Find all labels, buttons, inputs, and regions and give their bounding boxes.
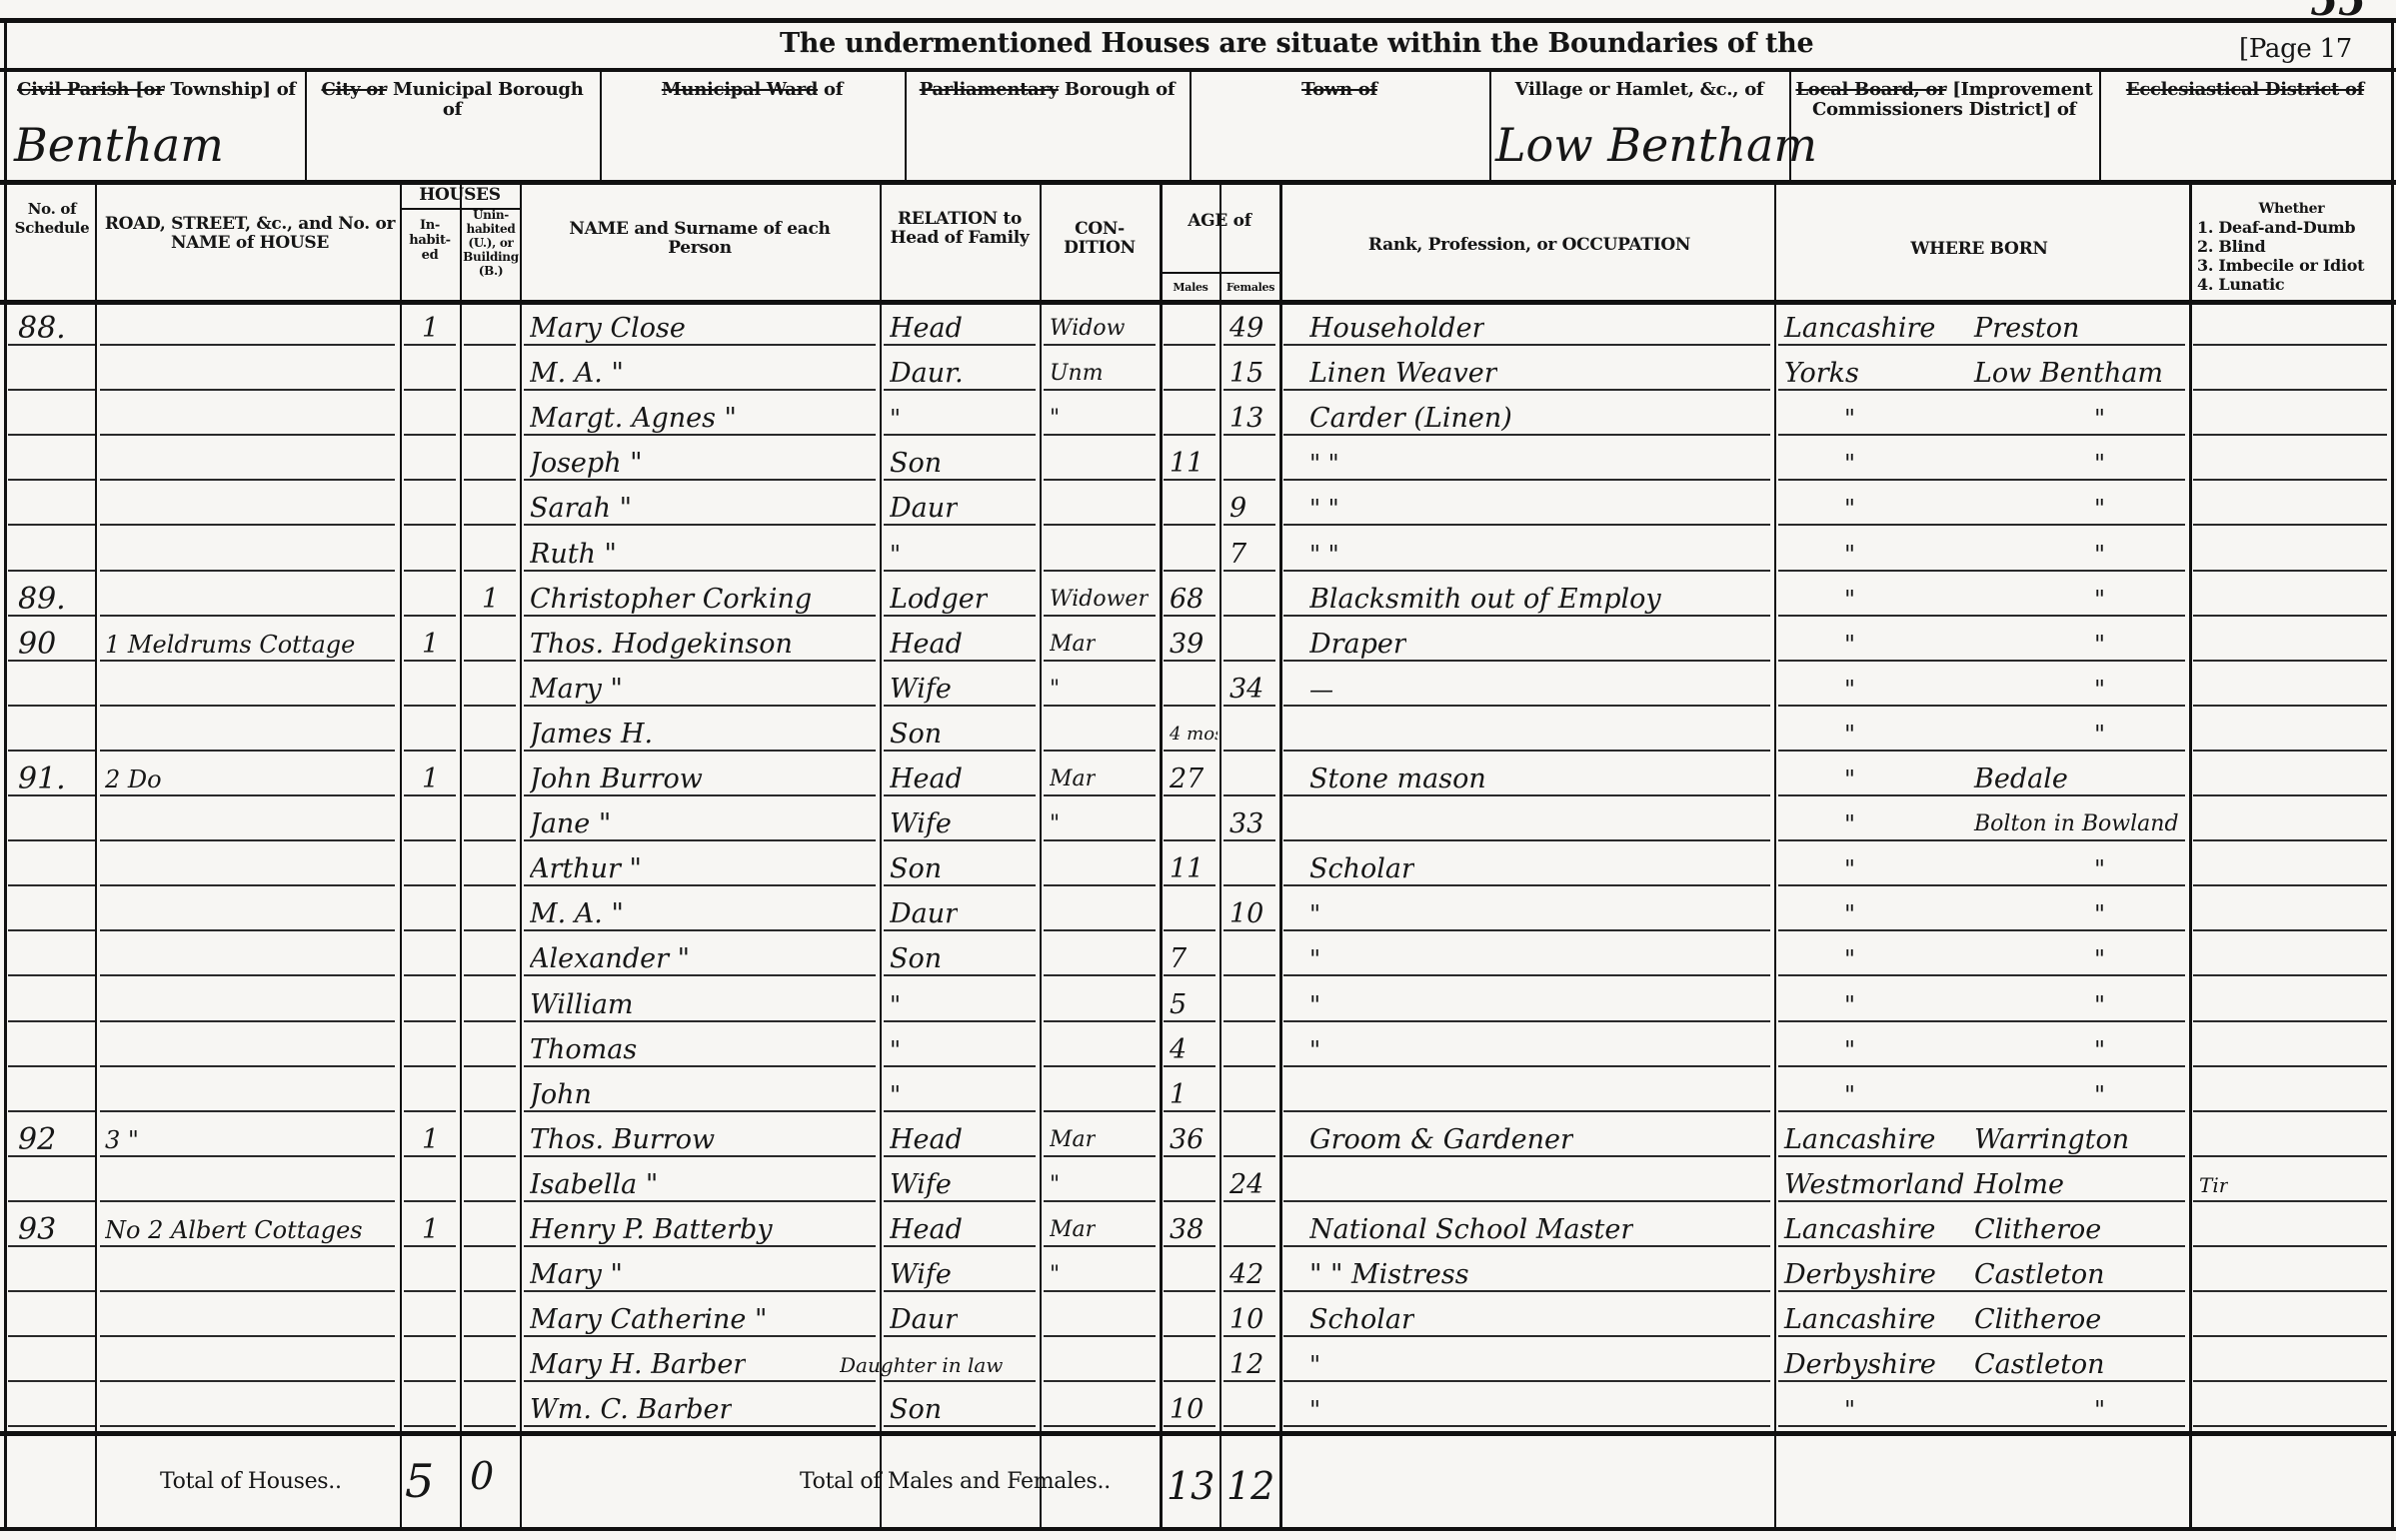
row-rule [1044, 974, 1156, 976]
table-row: John"1"" [0, 1071, 2396, 1116]
row-rule [1283, 434, 1770, 436]
row-rule [1283, 839, 1770, 841]
district-label-struck: Civil Parish [or [17, 79, 164, 100]
row-rule [8, 1155, 95, 1157]
cell-relation: Head [890, 314, 963, 344]
cell-born-place: Holme [1974, 1170, 2064, 1200]
row-rule [100, 389, 395, 391]
row-rule [2193, 929, 2387, 931]
cell-name: John Burrow [530, 765, 703, 794]
row-rule [1044, 1380, 1156, 1382]
cell-condition: Mar [1050, 765, 1096, 794]
row-rule [524, 705, 876, 707]
row-rule [1164, 794, 1215, 796]
cell-road: No 2 Albert Cottages [105, 1215, 363, 1245]
row-rule [1044, 344, 1156, 346]
cell-road: 2 Do [105, 765, 162, 794]
row-rule [1778, 794, 2185, 796]
cell-male: 5 [1170, 990, 1187, 1020]
whether-item: 3. Imbecile or Idiot [2197, 256, 2392, 275]
cell-condition: " [1050, 404, 1060, 434]
row-rule [404, 660, 456, 662]
table-row: 88.1Mary CloseHeadWidow49HouseholderLanc… [0, 305, 2396, 350]
cell-born-place: " [2094, 494, 2105, 524]
row-rule [1044, 1110, 1156, 1112]
cell-occupation: Linen Weaver [1309, 359, 1497, 389]
table-row: Arthur "Son11Scholar"" [0, 845, 2396, 890]
row-rule [100, 660, 395, 662]
cell-condition: Widower [1050, 585, 1149, 615]
district-label-text: Borough of [1065, 79, 1176, 100]
row-rule [1164, 1245, 1215, 1247]
cell-male: 10 [1170, 1395, 1203, 1425]
row-rule [524, 839, 876, 841]
cell-relation: Wife [890, 1170, 952, 1200]
row-rule [1164, 1290, 1215, 1292]
row-rule [464, 750, 516, 752]
district-label-struck: Ecclesiastical District of [2126, 79, 2364, 100]
row-rule [884, 479, 1036, 481]
cell-condition: " [1050, 809, 1060, 839]
row-rule [464, 615, 516, 617]
cell-whether: Tir [2199, 1170, 2228, 1200]
row-rule [404, 389, 456, 391]
cell-name: John [530, 1080, 592, 1110]
cell-born-place: " [2094, 944, 2105, 974]
cell-inhabited: 1 [422, 1125, 439, 1155]
row-rule [8, 1200, 95, 1202]
row-rule [1223, 1290, 1275, 1292]
cell-occupation: " " [1309, 449, 1339, 479]
cell-female: 33 [1229, 809, 1263, 839]
row-rule [2193, 524, 2387, 526]
row-rule [100, 705, 395, 707]
row-rule [464, 389, 516, 391]
cell-name: Alexander " [530, 944, 690, 974]
row-rule [404, 1020, 456, 1022]
district-label-struck: City or [321, 79, 387, 100]
row-rule [464, 1200, 516, 1202]
row-rule [1223, 615, 1275, 617]
row-rule [464, 1335, 516, 1337]
row-rule [524, 389, 876, 391]
row-rule [8, 1110, 95, 1112]
row-rule [464, 794, 516, 796]
total-uninhabited-value: 0 [470, 1454, 494, 1498]
row-rule [8, 705, 95, 707]
row-rule [1044, 839, 1156, 841]
row-rule [1044, 570, 1156, 572]
cell-name: Christopher Corking [530, 585, 812, 615]
district-label: Parliamentary Borough of [909, 80, 1186, 100]
row-rule [1223, 1200, 1275, 1202]
district-label: City or Municipal Borough of [309, 80, 596, 120]
table-row: Sarah "Daur9" """ [0, 485, 2396, 530]
cell-schedule: 91. [18, 765, 66, 794]
cell-name: Arthur " [530, 854, 642, 884]
table-row: Mary "Wife"42" " MistressDerbyshireCastl… [0, 1251, 2396, 1296]
cell-name: James H. [530, 720, 653, 750]
row-rule [1223, 570, 1275, 572]
row-rule [1164, 524, 1215, 526]
district-divider [2099, 70, 2101, 182]
row-rule [884, 1155, 1036, 1157]
cell-schedule: 89. [18, 585, 66, 615]
cell-born-county: " [1844, 765, 1855, 794]
cell-name: Mary H. Barber [530, 1350, 746, 1380]
row-rule [1044, 389, 1156, 391]
row-rule [1223, 1065, 1275, 1067]
cell-condition: Mar [1050, 1215, 1096, 1245]
row-rule [2193, 884, 2387, 886]
row-rule [1164, 1335, 1215, 1337]
row-rule [1164, 660, 1215, 662]
col-where-born: WHERE BORN [1779, 240, 2179, 259]
row-rule [1778, 434, 2185, 436]
cell-relation: " [890, 1035, 901, 1065]
row-rule [2193, 479, 2387, 481]
cell-name: M. A. " [530, 899, 624, 929]
cell-born-place: " [2094, 720, 2105, 750]
row-rule [100, 1200, 395, 1202]
col-relation: RELATION to Head of Family [890, 210, 1030, 248]
row-rule [524, 1200, 876, 1202]
cell-born-county: Lancashire [1784, 1305, 1935, 1335]
cell-born-county: " [1844, 449, 1855, 479]
row-rule [524, 750, 876, 752]
row-rule [404, 794, 456, 796]
table-row: Jane "Wife"33"Bolton in Bowland [0, 800, 2396, 845]
table-row: 89.1Christopher CorkingLodgerWidower68Bl… [0, 576, 2396, 621]
cell-occupation: " [1309, 899, 1320, 929]
row-rule [1044, 705, 1156, 707]
row-rule [1283, 389, 1770, 391]
row-rule [524, 884, 876, 886]
row-rule [464, 974, 516, 976]
cell-relation: Son [890, 449, 942, 479]
col-males: Males [1162, 278, 1219, 297]
row-rule [2193, 615, 2387, 617]
row-rule [2193, 570, 2387, 572]
row-rule [1223, 1110, 1275, 1112]
row-rule [464, 344, 516, 346]
row-rule [404, 615, 456, 617]
cell-born-county: Derbyshire [1784, 1260, 1936, 1290]
cell-occupation: Stone mason [1309, 765, 1486, 794]
cell-born-county: Yorks [1784, 359, 1859, 389]
row-rule [1164, 1200, 1215, 1202]
cell-male: 11 [1170, 854, 1203, 884]
row-rule [8, 1020, 95, 1022]
cell-schedule: 88. [18, 314, 66, 344]
row-rule [884, 1110, 1036, 1112]
cell-occupation: National School Master [1309, 1215, 1633, 1245]
cell-born-county: " [1844, 899, 1855, 929]
cell-condition: " [1050, 675, 1060, 705]
cell-name: Mary Close [530, 314, 686, 344]
page-number: [Page 17 [2239, 34, 2352, 64]
district-value: Bentham [14, 118, 224, 172]
district-divider [600, 70, 602, 182]
district-label-text: Village or Hamlet, &c., of [1515, 79, 1764, 100]
row-rule [464, 929, 516, 931]
cell-occupation: " [1309, 990, 1320, 1020]
cell-born-place: Bolton in Bowland [1974, 809, 2179, 839]
bottom-rule [0, 1527, 2396, 1531]
row-rule [8, 1380, 95, 1382]
cell-road: 3 " [105, 1125, 139, 1155]
cell-female: 15 [1229, 359, 1263, 389]
cell-occupation: Carder (Linen) [1309, 404, 1512, 434]
cell-relation: Head [890, 1215, 963, 1245]
row-rule [404, 839, 456, 841]
cell-schedule: 93 [18, 1215, 56, 1245]
row-rule [2193, 389, 2387, 391]
cell-relation: Head [890, 630, 963, 660]
row-rule [2193, 344, 2387, 346]
row-rule [1283, 479, 1770, 481]
cell-occupation: " " Mistress [1309, 1260, 1469, 1290]
col-occupation: Rank, Profession, or OCCUPATION [1289, 236, 1769, 255]
row-rule [1778, 884, 2185, 886]
cell-relation: Son [890, 854, 942, 884]
row-rule [8, 884, 95, 886]
cell-name: Sarah " [530, 494, 632, 524]
cell-born-county: Lancashire [1784, 1125, 1935, 1155]
cell-relation: " [890, 1080, 901, 1110]
cell-condition: " [1050, 1170, 1060, 1200]
row-rule [2193, 1020, 2387, 1022]
cell-occupation: Scholar [1309, 1305, 1414, 1335]
cell-male: 68 [1170, 585, 1203, 615]
row-rule [1778, 929, 2185, 931]
row-rule [1164, 839, 1215, 841]
row-rule [464, 479, 516, 481]
cell-occupation: " [1309, 1395, 1320, 1425]
row-rule [1778, 479, 2185, 481]
row-rule [2193, 1110, 2387, 1112]
cell-relation: Wife [890, 675, 952, 705]
row-rule [1778, 1200, 2185, 1202]
row-rule [1778, 1245, 2185, 1247]
row-rule [1044, 660, 1156, 662]
cell-born-place: " [2094, 404, 2105, 434]
cell-born-place: " [2094, 1080, 2105, 1110]
row-rule [1283, 974, 1770, 976]
row-rule [404, 344, 456, 346]
cell-born-county: " [1844, 585, 1855, 615]
row-rule [524, 1110, 876, 1112]
row-rule [100, 1065, 395, 1067]
cell-condition: " [1050, 1260, 1060, 1290]
cell-male: 1 [1170, 1080, 1187, 1110]
cell-relation: Daur. [890, 359, 964, 389]
row-rule [8, 750, 95, 752]
row-rule [2193, 705, 2387, 707]
row-rule [100, 434, 395, 436]
row-rule [1044, 1290, 1156, 1292]
row-rule [524, 524, 876, 526]
row-rule [1283, 705, 1770, 707]
row-rule [524, 1245, 876, 1247]
col-road: ROAD, STREET, &c., and No. or NAME of HO… [100, 215, 400, 253]
cell-name: Mary Catherine " [530, 1305, 767, 1335]
row-rule [1044, 750, 1156, 752]
whether-item: 1. Deaf-and-Dumb [2197, 218, 2392, 237]
row-rule [464, 1110, 516, 1112]
cell-relation: Head [890, 1125, 963, 1155]
cell-male: 38 [1170, 1215, 1203, 1245]
row-rule [2193, 1200, 2387, 1202]
table-row: 91.2 Do1John BurrowHeadMar27Stone mason"… [0, 756, 2396, 800]
row-rule [100, 750, 395, 752]
row-rule [404, 479, 456, 481]
row-rule [884, 570, 1036, 572]
row-rule [1164, 1425, 1215, 1427]
row-rule [8, 839, 95, 841]
cell-relation: Daur [890, 899, 958, 929]
row-rule [1283, 1245, 1770, 1247]
cell-relation: Lodger [890, 585, 988, 615]
row-rule [1283, 660, 1770, 662]
row-rule [100, 570, 395, 572]
row-rule [524, 570, 876, 572]
row-rule [1223, 1380, 1275, 1382]
row-rule [1044, 1425, 1156, 1427]
row-rule [2193, 1335, 2387, 1337]
cell-condition: Widow [1050, 314, 1125, 344]
row-rule [464, 434, 516, 436]
row-rule [100, 1155, 395, 1157]
table-row: Mary H. BarberDaughter in law12"Derbyshi… [0, 1341, 2396, 1386]
cell-born-place: Warrington [1974, 1125, 2129, 1155]
row-rule [1778, 1425, 2185, 1427]
cell-occupation: Groom & Gardener [1309, 1125, 1573, 1155]
cell-name: Margt. Agnes " [530, 404, 737, 434]
row-rule [524, 1020, 876, 1022]
row-rule [884, 660, 1036, 662]
row-rule [884, 615, 1036, 617]
row-rule [1223, 660, 1275, 662]
row-rule [1044, 524, 1156, 526]
cell-female: 42 [1229, 1260, 1263, 1290]
row-rule [1223, 389, 1275, 391]
row-rule [1778, 615, 2185, 617]
district-divider [305, 70, 307, 182]
row-rule [1044, 1065, 1156, 1067]
row-rule [2193, 1065, 2387, 1067]
cell-inhabited: 1 [422, 630, 439, 660]
cell-male: 27 [1170, 765, 1203, 794]
cell-relation: Son [890, 720, 942, 750]
row-rule [884, 974, 1036, 976]
col-females: Females [1221, 278, 1279, 297]
cell-born-place: Low Bentham [1974, 359, 2163, 389]
district-divider [905, 70, 907, 182]
row-rule [1044, 794, 1156, 796]
row-rule [884, 1020, 1036, 1022]
row-rule [100, 1110, 395, 1112]
row-rule [1283, 1290, 1770, 1292]
row-rule [1164, 884, 1215, 886]
row-rule [100, 1380, 395, 1382]
cell-female: 10 [1229, 899, 1263, 929]
table-row: 901 Meldrums Cottage1Thos. HodgekinsonHe… [0, 621, 2396, 666]
row-rule [1283, 524, 1770, 526]
col-whether-title: Whether [2194, 200, 2389, 219]
cell-relation: " [890, 404, 901, 434]
district-label-struck: Parliamentary [920, 79, 1059, 100]
row-rule [1164, 705, 1215, 707]
row-rule [404, 570, 456, 572]
cell-female: 12 [1229, 1350, 1263, 1380]
cell-born-place: " [2094, 585, 2105, 615]
row-rule [884, 750, 1036, 752]
row-rule [100, 524, 395, 526]
row-rule [1223, 479, 1275, 481]
cell-occupation: — [1309, 675, 1333, 705]
row-rule [100, 839, 395, 841]
row-rule [1164, 1065, 1215, 1067]
row-rule [2193, 750, 2387, 752]
row-rule [1164, 1020, 1215, 1022]
row-rule [1283, 1065, 1770, 1067]
row-rule [404, 929, 456, 931]
row-rule [464, 1065, 516, 1067]
col-inhabited: In-habit-ed [402, 218, 458, 263]
row-rule [1778, 524, 2185, 526]
table-row: Ruth ""7" """ [0, 531, 2396, 576]
row-rule [524, 1065, 876, 1067]
row-rule [884, 1380, 1036, 1382]
row-rule [404, 1065, 456, 1067]
row-rule [1223, 929, 1275, 931]
cell-male: 39 [1170, 630, 1203, 660]
row-rule [2193, 974, 2387, 976]
totals-rule [0, 1431, 2396, 1436]
row-rule [404, 884, 456, 886]
row-rule [1223, 1335, 1275, 1337]
row-rule [100, 1335, 395, 1337]
row-rule [8, 929, 95, 931]
cell-name: Mary " [530, 1260, 623, 1290]
row-rule [464, 1155, 516, 1157]
district-label-text: Municipal Borough of [393, 79, 583, 120]
row-rule [1283, 1110, 1770, 1112]
row-rule [884, 434, 1036, 436]
cell-inhabited: 1 [422, 1215, 439, 1245]
cell-male: 4 mos [1170, 720, 1217, 750]
cell-occupation: " " [1309, 494, 1339, 524]
cell-male: 11 [1170, 449, 1203, 479]
cell-inhabited: 1 [422, 314, 439, 344]
row-rule [8, 615, 95, 617]
row-rule [404, 1200, 456, 1202]
row-rule [524, 1425, 876, 1427]
row-rule [884, 929, 1036, 931]
row-rule [524, 479, 876, 481]
cell-occupation: " " [1309, 540, 1339, 570]
row-rule [884, 1065, 1036, 1067]
cell-female: 49 [1229, 314, 1263, 344]
row-rule [1283, 750, 1770, 752]
cell-born-place: Bedale [1974, 765, 2068, 794]
cell-born-county: " [1844, 1395, 1855, 1425]
cell-born-place: Preston [1974, 314, 2079, 344]
row-rule [100, 1425, 395, 1427]
cell-born-place: " [2094, 899, 2105, 929]
cell-male: 4 [1170, 1035, 1187, 1065]
